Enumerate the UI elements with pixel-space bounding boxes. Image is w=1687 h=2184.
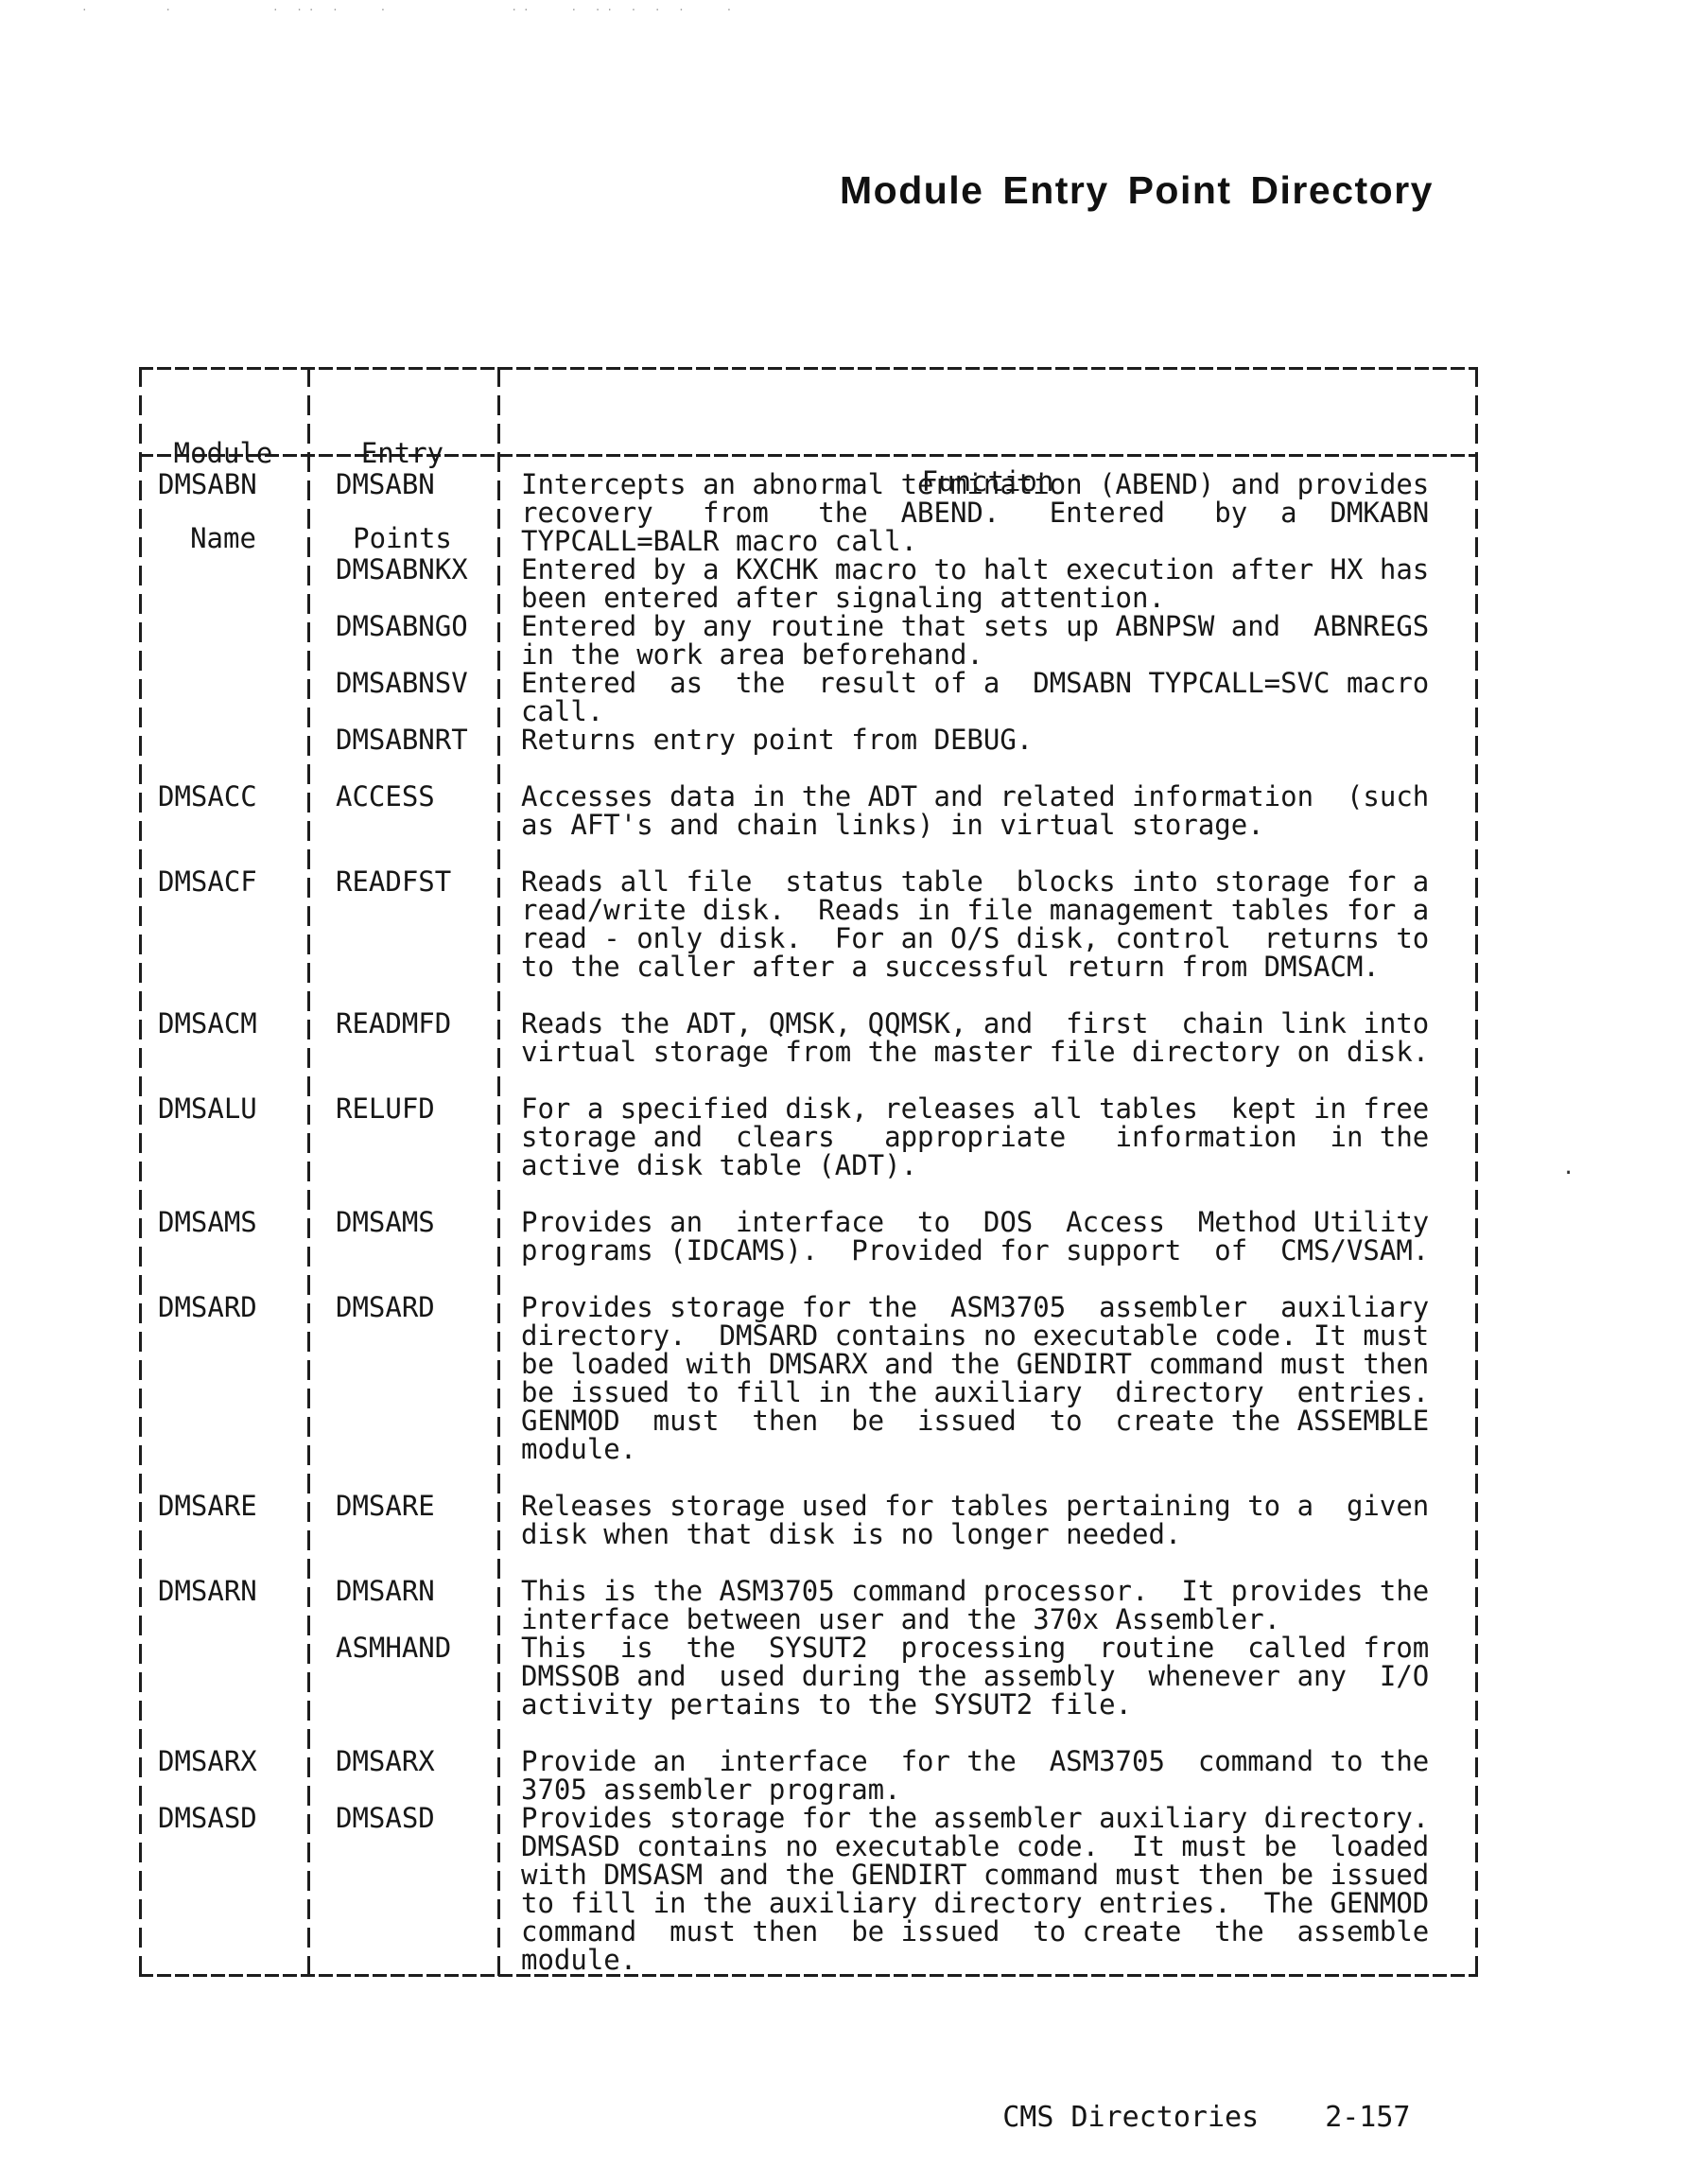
entry-block: DMSARXProvide an interface for the ASM37… (307, 1747, 1478, 1804)
row-gap (139, 1265, 1478, 1293)
module-name-cell: DMSABN (139, 470, 307, 754)
module-name-cell: DMSACM (139, 1009, 307, 1066)
table-row: DMSAMSDMSAMSProvides an interface to DOS… (139, 1208, 1478, 1265)
table-border-top (139, 367, 1478, 370)
entry-point-cell: DMSABN (307, 470, 497, 555)
module-name-cell: DMSAMS (139, 1208, 307, 1265)
table-border-bottom (139, 1974, 1478, 1977)
row-gap (139, 1548, 1478, 1577)
function-cell: Provides an interface to DOS Access Meth… (497, 1208, 1478, 1265)
entry-point-cell: ACCESS (307, 782, 497, 839)
module-directory-table: Module Name Entry Points Function DMSABN… (139, 367, 1478, 1977)
row-entry-blocks: READMFDReads the ADT, QMSK, QQMSK, and f… (307, 1009, 1478, 1066)
row-entry-blocks: RELUFDFor a specified disk, releases all… (307, 1094, 1478, 1179)
footer-page-number: 2-157 (1325, 2101, 1410, 2134)
module-name-cell: DMSALU (139, 1094, 307, 1179)
row-entry-blocks: DMSAREReleases storage used for tables p… (307, 1492, 1478, 1548)
entry-point-cell: RELUFD (307, 1094, 497, 1179)
table-row: DMSALURELUFDFor a specified disk, releas… (139, 1094, 1478, 1179)
function-cell: Provide an interface for the ASM3705 com… (497, 1747, 1478, 1804)
entry-block: DMSARNThis is the ASM3705 command proces… (307, 1577, 1478, 1634)
module-name-cell: DMSARN (139, 1577, 307, 1719)
entry-block: RELUFDFor a specified disk, releases all… (307, 1094, 1478, 1179)
entry-block: DMSABNSVEntered as the result of a DMSAB… (307, 669, 1478, 725)
entry-point-cell: READMFD (307, 1009, 497, 1066)
function-cell: This is the ASM3705 command processor. I… (497, 1577, 1478, 1634)
module-name-cell: DMSARX (139, 1747, 307, 1804)
row-entry-blocks: ACCESSAccesses data in the ADT and relat… (307, 782, 1478, 839)
entry-block: DMSABNKXEntered by a KXCHK macro to halt… (307, 555, 1478, 612)
table-row: DMSARDDMSARDProvides storage for the ASM… (139, 1293, 1478, 1463)
module-name-cell: DMSACF (139, 867, 307, 981)
table-row: DMSABNDMSABNIntercepts an abnormal termi… (139, 470, 1478, 754)
entry-block: READMFDReads the ADT, QMSK, QQMSK, and f… (307, 1009, 1478, 1066)
entry-point-cell: DMSABNRT (307, 725, 497, 754)
entry-point-cell: DMSAMS (307, 1208, 497, 1265)
row-entry-blocks: DMSARDProvides storage for the ASM3705 a… (307, 1293, 1478, 1463)
row-entry-blocks: DMSARXProvide an interface for the ASM37… (307, 1747, 1478, 1804)
footer-section-label: CMS Directories (1002, 2101, 1259, 2134)
entry-point-cell: ASMHAND (307, 1634, 497, 1719)
row-gap (139, 754, 1478, 782)
column-header-entry-line1: Entry (307, 439, 497, 467)
entry-block: DMSABNRTReturns entry point from DEBUG. (307, 725, 1478, 754)
function-cell: Entered as the result of a DMSABN TYPCAL… (497, 669, 1478, 725)
entry-block: DMSAMSProvides an interface to DOS Acces… (307, 1208, 1478, 1265)
entry-point-cell: READFST (307, 867, 497, 981)
scan-speck: . (1562, 1156, 1574, 1179)
entry-point-cell: DMSARN (307, 1577, 497, 1634)
function-cell: Provides storage for the ASM3705 assembl… (497, 1293, 1478, 1463)
entry-block: READFSTReads all file status table block… (307, 867, 1478, 981)
entry-block: ASMHANDThis is the SYSUT2 processing rou… (307, 1634, 1478, 1719)
module-name-cell: DMSARD (139, 1293, 307, 1463)
entry-point-cell: DMSABNKX (307, 555, 497, 612)
table-row: DMSACMREADMFDReads the ADT, QMSK, QQMSK,… (139, 1009, 1478, 1066)
module-name-cell: DMSACC (139, 782, 307, 839)
function-cell: For a specified disk, releases all table… (497, 1094, 1478, 1179)
row-entry-blocks: DMSAMSProvides an interface to DOS Acces… (307, 1208, 1478, 1265)
page-title: Module Entry Point Directory (840, 168, 1434, 213)
entry-point-cell: DMSABNGO (307, 612, 497, 669)
module-name-cell: DMSASD (139, 1804, 307, 1974)
entry-point-cell: DMSARX (307, 1747, 497, 1804)
function-cell: Intercepts an abnormal termination (ABEN… (497, 470, 1478, 555)
scanned-manual-page: · · · ·· · · ·· · ·· · · · · Module Entr… (0, 0, 1687, 2184)
row-gap (139, 1179, 1478, 1208)
row-gap (139, 981, 1478, 1009)
function-cell: Entered by a KXCHK macro to halt executi… (497, 555, 1478, 612)
page-footer: CMS Directories2-157 (934, 2068, 1411, 2167)
entry-block: DMSARDProvides storage for the ASM3705 a… (307, 1293, 1478, 1463)
column-header-module-line1: Module (139, 439, 307, 467)
entry-block: DMSASDProvides storage for the assembler… (307, 1804, 1478, 1974)
entry-block: DMSABNGOEntered by any routine that sets… (307, 612, 1478, 669)
function-cell: Releases storage used for tables pertain… (497, 1492, 1478, 1548)
function-cell: This is the SYSUT2 processing routine ca… (497, 1634, 1478, 1719)
entry-point-cell: DMSASD (307, 1804, 497, 1974)
table-row: DMSASDDMSASDProvides storage for the ass… (139, 1804, 1478, 1974)
function-cell: Returns entry point from DEBUG. (497, 725, 1478, 754)
function-cell: Entered by any routine that sets up ABNP… (497, 612, 1478, 669)
function-cell: Accesses data in the ADT and related inf… (497, 782, 1478, 839)
row-gap (139, 1066, 1478, 1094)
function-cell: Reads the ADT, QMSK, QQMSK, and first ch… (497, 1009, 1478, 1066)
table-row: DMSACCACCESSAccesses data in the ADT and… (139, 782, 1478, 839)
entry-point-cell: DMSABNSV (307, 669, 497, 725)
entry-block: DMSAREReleases storage used for tables p… (307, 1492, 1478, 1548)
entry-block: ACCESSAccesses data in the ADT and relat… (307, 782, 1478, 839)
entry-block: DMSABNIntercepts an abnormal termination… (307, 470, 1478, 555)
row-gap (139, 1463, 1478, 1492)
scan-artifact-dots: · · · ·· · · ·· · ·· · · · · (81, 4, 738, 16)
entry-point-cell: DMSARE (307, 1492, 497, 1548)
table-row: DMSAREDMSAREReleases storage used for ta… (139, 1492, 1478, 1548)
table-rows: DMSABNDMSABNIntercepts an abnormal termi… (139, 470, 1478, 1974)
function-cell: Reads all file status table blocks into … (497, 867, 1478, 981)
entry-point-cell: DMSARD (307, 1293, 497, 1463)
table-row: DMSACFREADFSTReads all file status table… (139, 867, 1478, 981)
table-row: DMSARXDMSARXProvide an interface for the… (139, 1747, 1478, 1804)
row-entry-blocks: READFSTReads all file status table block… (307, 867, 1478, 981)
row-entry-blocks: DMSARNThis is the ASM3705 command proces… (307, 1577, 1478, 1719)
module-name-cell: DMSARE (139, 1492, 307, 1548)
row-gap (139, 839, 1478, 867)
row-entry-blocks: DMSASDProvides storage for the assembler… (307, 1804, 1478, 1974)
row-entry-blocks: DMSABNIntercepts an abnormal termination… (307, 470, 1478, 754)
table-row: DMSARNDMSARNThis is the ASM3705 command … (139, 1577, 1478, 1719)
function-cell: Provides storage for the assembler auxil… (497, 1804, 1478, 1974)
row-gap (139, 1719, 1478, 1747)
